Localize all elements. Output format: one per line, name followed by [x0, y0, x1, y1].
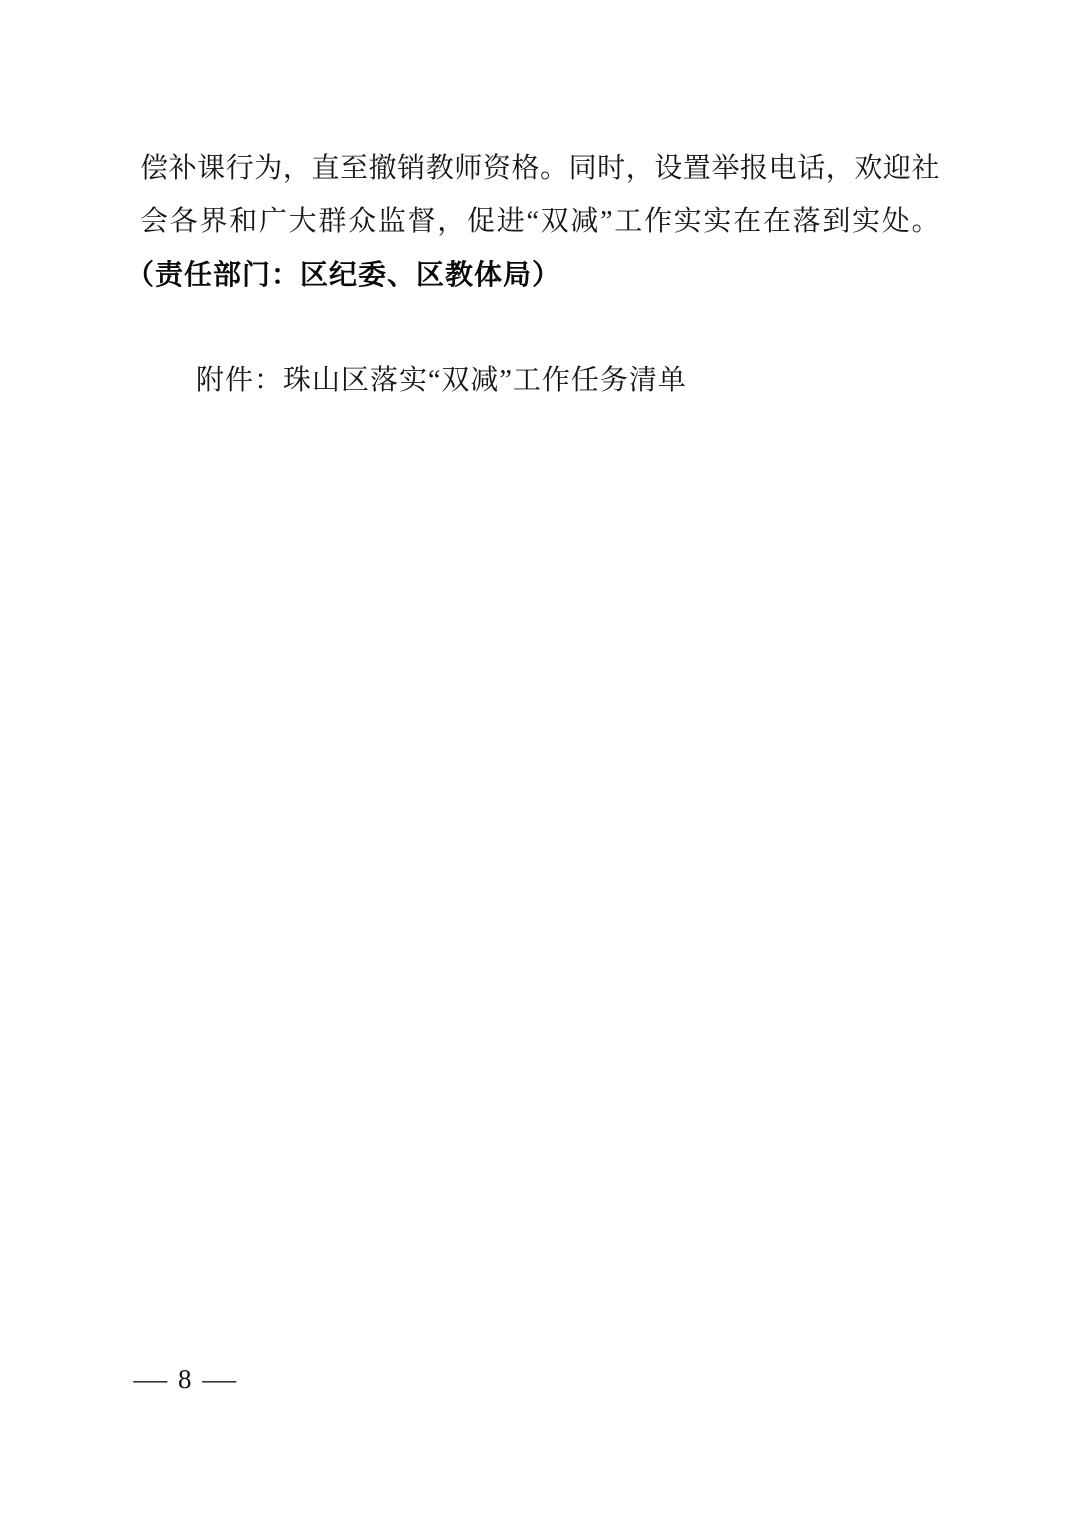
- footer-right-dash: —: [202, 1364, 238, 1394]
- page-footer: —8—: [137, 1364, 235, 1394]
- attachment-line: 附件：珠山区落实“双减”工作任务清单: [140, 354, 940, 407]
- page-number: 8: [178, 1364, 194, 1394]
- responsibility-note: （责任部门：区纪委、区教体局）: [126, 248, 940, 301]
- document-page: 偿补课行为，直至撤销教师资格。同时，设置举报电话，欢迎社会各界和广大群众监督，促…: [0, 0, 1074, 1520]
- document-body: 偿补课行为，直至撤销教师资格。同时，设置举报电话，欢迎社会各界和广大群众监督，促…: [140, 142, 940, 407]
- paragraph-continuation: 偿补课行为，直至撤销教师资格。同时，设置举报电话，欢迎社会各界和广大群众监督，促…: [140, 142, 940, 248]
- footer-left-dash: —: [133, 1364, 169, 1394]
